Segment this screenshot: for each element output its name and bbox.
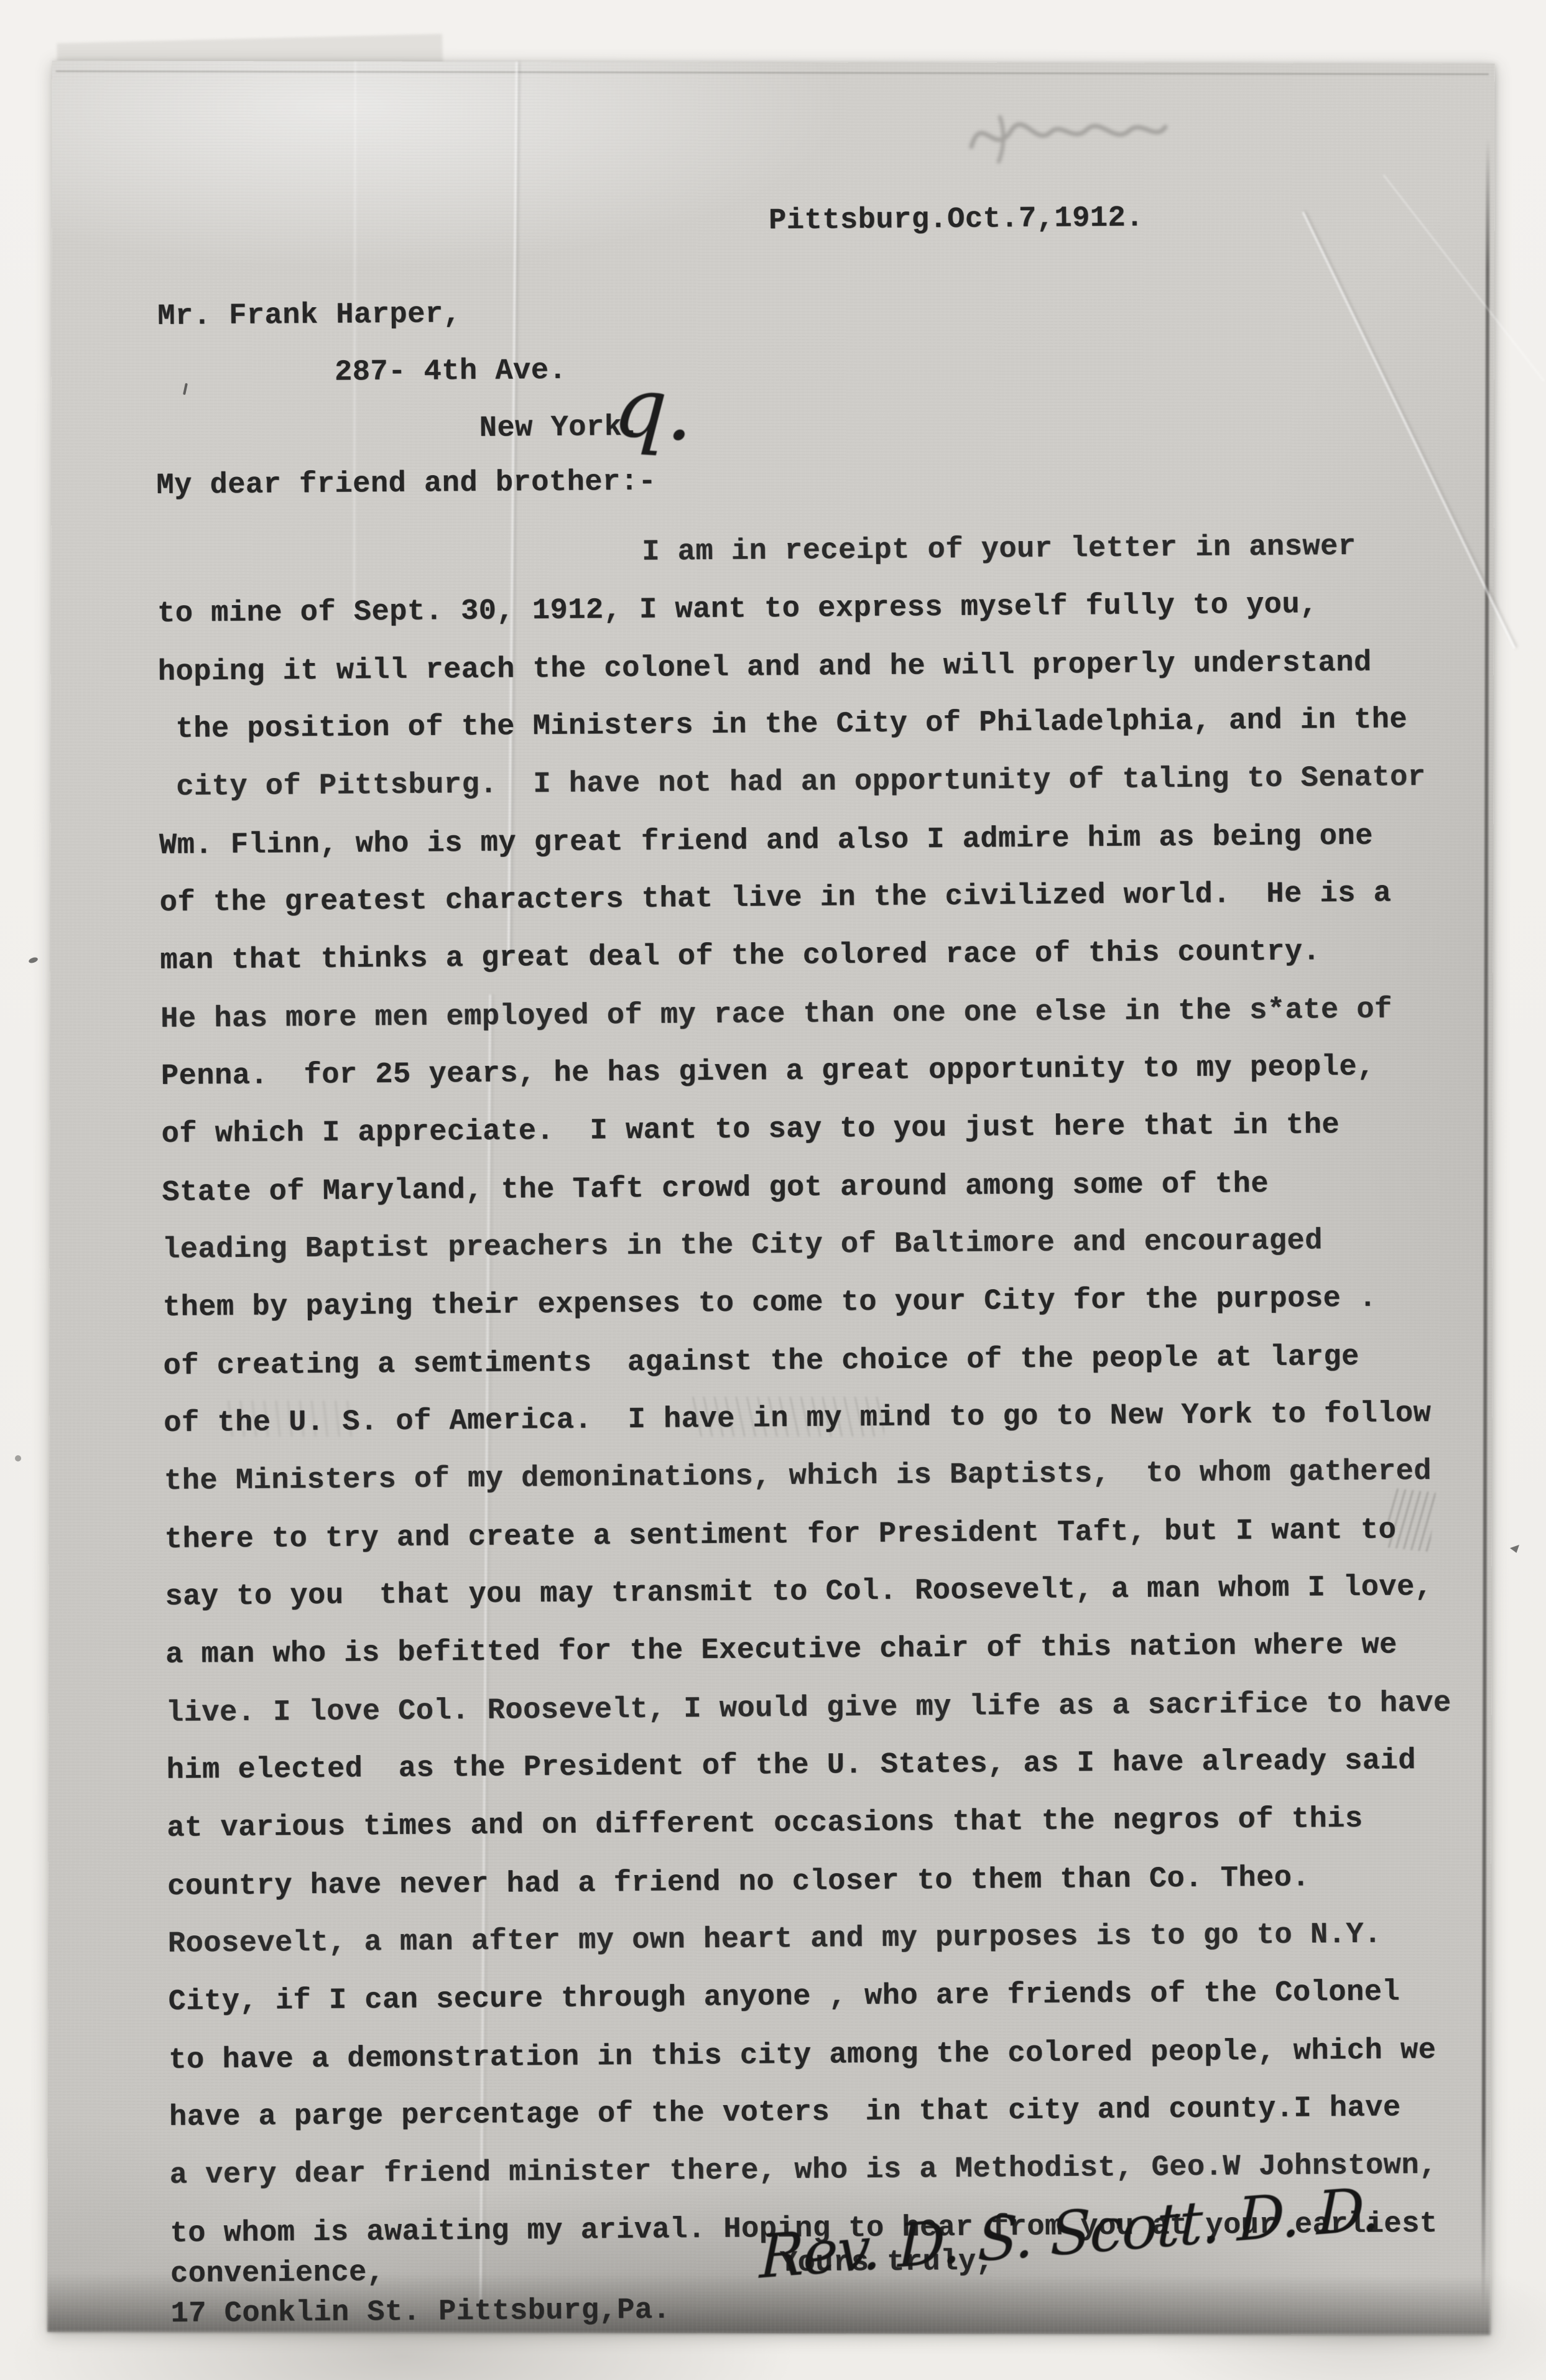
body-line: Roosevelt, a man after my own heart and … <box>168 1905 1499 1973</box>
recipient-street: 287- 4th Ave. <box>335 354 567 391</box>
salutation: My dear friend and brother:- <box>156 465 656 504</box>
body-line: hoping it will reach the colonel and and… <box>157 633 1489 701</box>
sender-address: 17 Conklin St. Pittsburg,Pa. <box>170 2294 670 2333</box>
body-line: of creating a semtiments against the cho… <box>163 1327 1494 1396</box>
body-line: man that thinks a great deal of the colo… <box>160 922 1491 990</box>
body-line: there to try and create a sentiment for … <box>164 1501 1496 1569</box>
body-line: City, if I can secure through anyone , w… <box>168 1963 1499 2031</box>
recipient-name: Mr. Frank Harper, <box>157 297 461 335</box>
body-line: them by paying their expenses to come to… <box>162 1269 1494 1337</box>
closing-convenience: convenience, <box>170 2256 385 2292</box>
body-line: the position of the Ministers in the Cit… <box>158 690 1489 759</box>
body-line: to have a demonstration in this city amo… <box>169 2021 1500 2090</box>
body-line: Penna. for 25 years, he has given a grea… <box>161 1037 1493 1106</box>
body-line: of the greatest characters that live in … <box>159 864 1491 932</box>
body-line: a man who is befitted for the Executive … <box>165 1616 1497 1684</box>
letter-content: Pittsburg.Oct.7,1912. Mr. Frank Harper, … <box>0 0 1546 2380</box>
dateline: Pittsburg.Oct.7,1912. <box>769 201 1144 239</box>
handwritten-mark: q. <box>611 364 696 453</box>
body-line: live. I love Col. Roosevelt, I would giv… <box>166 1674 1497 1743</box>
body-line: He has more men employed of my race than… <box>160 980 1492 1049</box>
body-line: say to you that you may transmit to Col.… <box>165 1558 1496 1626</box>
body-line: leading Baptist preachers in the City of… <box>162 1211 1494 1279</box>
body-line: State of Maryland, the Taft crowd got ar… <box>162 1154 1493 1222</box>
scanned-letter-page: Pittsburg.Oct.7,1912. Mr. Frank Harper, … <box>0 0 1546 2380</box>
body-line: him elected as the President of the U. S… <box>166 1731 1497 1800</box>
body-line: have a parge percentage of the voters in… <box>169 2078 1501 2147</box>
body-line: city of Pittsburg. I have not had an opp… <box>159 748 1490 817</box>
body-line: I am in receipt of your letter in answer <box>157 517 1488 585</box>
body-line: at various times and on different occasi… <box>167 1789 1498 1858</box>
letter-body: I am in receipt of your letter in answer… <box>157 517 1501 2262</box>
body-line: country have never had a friend no close… <box>167 1848 1499 1916</box>
body-line: of which I appreciate. I want to say to … <box>161 1095 1493 1164</box>
body-line: Wm. Flinn, who is my great friend and al… <box>159 807 1491 875</box>
body-line: to mine of Sept. 30, 1912, I want to exp… <box>157 575 1489 643</box>
body-line: of the U. S. of America. I have in my mi… <box>164 1384 1495 1453</box>
body-line: the Ministers of my demoninations, which… <box>164 1442 1496 1511</box>
